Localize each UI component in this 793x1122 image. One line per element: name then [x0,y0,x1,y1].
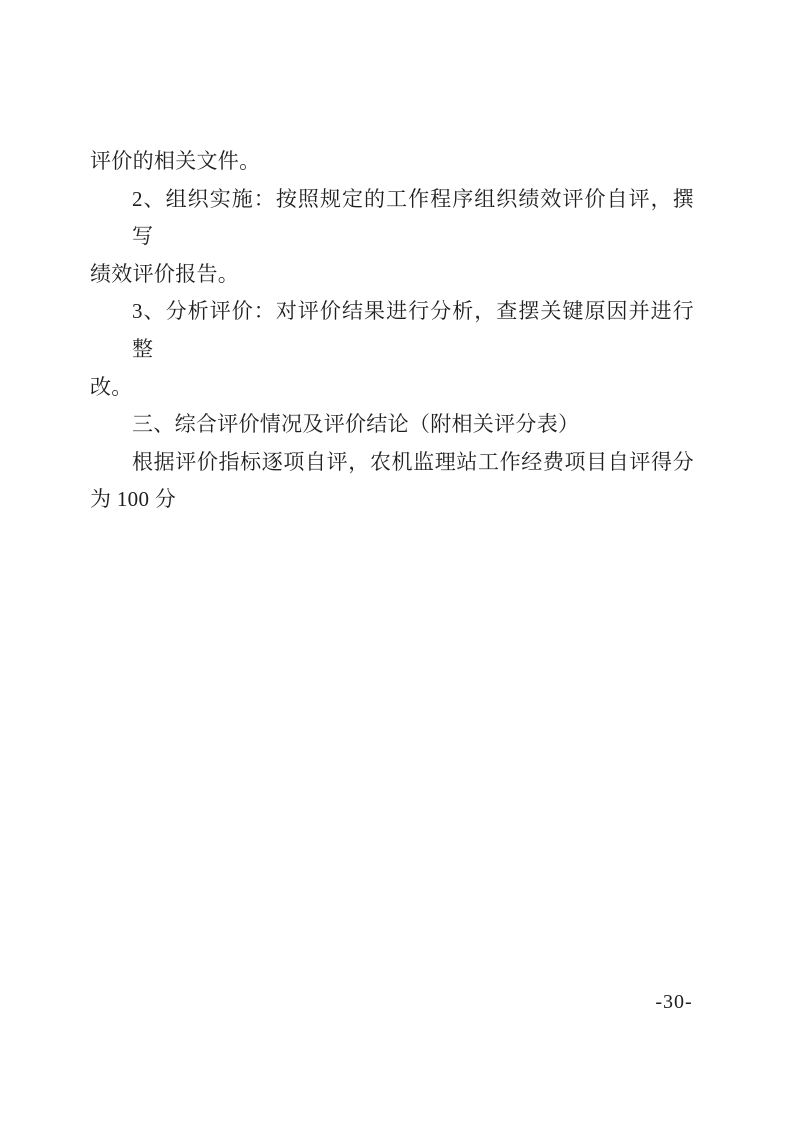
conclusion-line-1: 根据评价指标逐项自评，农机监理站工作经费项目自评得分 [90,444,694,482]
page-number: -30- [646,989,702,1015]
list-item-3-line-2: 改。 [90,369,694,407]
paragraph-continuation-line: 评价的相关文件。 [90,143,694,181]
conclusion-line-2: 为 100 分 [90,481,694,519]
section-heading: 三、综合评价情况及评价结论（附相关评分表） [90,406,694,444]
document-body: 评价的相关文件。 2、组织实施：按照规定的工作程序组织绩效评价自评，撰写 绩效评… [90,143,694,519]
list-item-3-line-1: 3、分析评价：对评价结果进行分析，查摆关键原因并进行整 [90,293,694,368]
document-page: 评价的相关文件。 2、组织实施：按照规定的工作程序组织绩效评价自评，撰写 绩效评… [0,0,793,1122]
list-item-2-line-2: 绩效评价报告。 [90,256,694,294]
list-item-2-line-1: 2、组织实施：按照规定的工作程序组织绩效评价自评，撰写 [90,181,694,256]
